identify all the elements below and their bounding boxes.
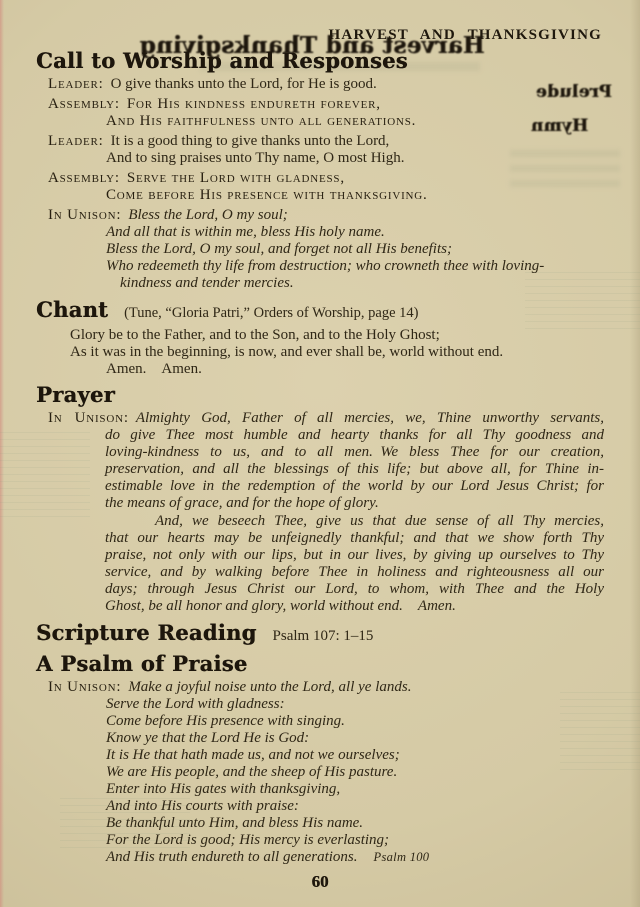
section-title-psalm-of-praise: A Psalm of Praise [36,653,604,675]
liturgy-line: Bless the Lord, O my soul, and forget no… [106,241,604,258]
psalm-line: Come before His presence with singing. [106,713,604,730]
prayer-paragraph-2: And, we beseech Thee, give us that due s… [105,513,604,615]
psalm-line: Enter into His gates with thanksgiving, [106,781,604,798]
prayer-line: And, we beseech Thee, give us that due s… [105,513,604,530]
chant-line: Glory be to the Father, and to the Son, … [70,327,604,344]
psalm-line: And His truth endureth to all generation… [106,849,604,866]
psalm-attribution: Psalm 100 [374,850,430,864]
psalm-line: We are His people, and the sheep of His … [106,764,604,781]
liturgy-text: Bless the Lord, O my soul; [128,207,287,223]
speaker-label: Assembly: [48,96,120,112]
prayer-line: preservation, and all the blessings of t… [105,461,604,478]
liturgy-line: Who redeemeth thy life from destruction;… [106,258,604,275]
liturgy-item-assembly-2: Assembly:Serve the Lord with gladness, C… [48,170,604,204]
liturgy-line: And to sing praises unto Thy name, O mos… [106,150,604,167]
liturgy-item-unison-1: In Unison:Bless the Lord, O my soul; And… [48,207,604,292]
prayer-line: do give Thee most humble and hearty than… [105,427,604,444]
speaker-label: Assembly: [48,170,120,186]
liturgy-text: For His kindness endureth forever, [127,96,381,112]
liturgy-item-leader-1: Leader:O give thanks unto the Lord, for … [48,76,604,93]
speaker-label: Leader: [48,76,104,92]
scripture-reading-row: Scripture ReadingPsalm 107: 1–15 [36,622,604,647]
psalm-line: Know ye that the Lord He is God: [106,730,604,747]
speaker-label: In Unison: [48,679,121,695]
prayer-line: In Unison:Almighty God, Father of all me… [105,410,604,427]
psalm-text: And His truth endureth to all generation… [106,849,358,865]
psalm-line: In Unison:Make a joyful noise unto the L… [48,679,604,696]
prayer-paragraph-1: In Unison:Almighty God, Father of all me… [105,410,604,512]
prayer-text: Almighty God, Father of all mercies, we,… [136,410,604,426]
prayer-line: days; through Jesus Christ our Lord, to … [105,581,604,598]
prayer-line: the means of grace, and for the hope of … [105,495,604,512]
liturgy-line: Assembly:Serve the Lord with gladness, [48,170,604,187]
prayer-line: estimable love in the redemption of the … [105,478,604,495]
liturgy-text: It is a good thing to give thanks unto t… [111,133,390,149]
liturgy-item-leader-2: Leader:It is a good thing to give thanks… [48,133,604,167]
prayer-line: service, and by walking before Thee in h… [105,564,604,581]
speaker-label: In Unison: [48,410,129,426]
psalm-line: And into His courts with praise: [106,798,604,815]
liturgy-line: kindness and tender mercies. [120,275,604,292]
psalm-line: Be thankful unto Him, and bless His name… [106,815,604,832]
liturgy-line: Leader:It is a good thing to give thanks… [48,133,604,150]
chant-heading-row: Chant(Tune, “Gloria Patri,” Orders of Wo… [36,299,604,324]
liturgy-item-assembly-1: Assembly:For His kindness endureth forev… [48,96,604,130]
liturgy-line: And His faithfulness unto all generation… [106,113,604,130]
section-title-call-to-worship: Call to Worship and Responses [36,50,604,72]
scripture-reference: Psalm 107: 1–15 [273,628,374,644]
liturgy-line: In Unison:Bless the Lord, O my soul; [48,207,604,224]
section-title-chant: Chant [36,297,108,322]
chant-text: Glory be to the Father, and to the Son, … [36,327,604,378]
liturgy-text: Serve the Lord with gladness, [127,170,345,186]
speaker-label: Leader: [48,133,104,149]
page-content: HARVEST AND THANKSGIVING Call to Worship… [0,0,640,892]
page-number: 60 [36,872,604,892]
section-title-prayer: Prayer [36,384,604,406]
chant-line: Amen. Amen. [106,361,604,378]
liturgy-line: Assembly:For His kindness endureth forev… [48,96,604,113]
liturgy-line: And all that is within me, bless His hol… [106,224,604,241]
psalm-unison-block: In Unison:Make a joyful noise unto the L… [48,679,604,866]
liturgy-line: Come before His presence with thanksgivi… [106,187,604,204]
prayer-line: praise, not only with our lips, but in o… [105,547,604,564]
prayer-line: Ghost, be all honor and glory, world wit… [105,598,604,615]
prayer-line: that our hearts may be unfeignedly thank… [105,530,604,547]
prayer-line: loving-kindness to us, and to all men. W… [105,444,604,461]
chant-line: As it was in the beginning, is now, and … [70,344,604,361]
psalm-line: For the Lord is good; His mercy is everl… [106,832,604,849]
liturgy-text: O give thanks unto the Lord, for He is g… [111,76,377,92]
running-header: HARVEST AND THANKSGIVING [36,26,602,44]
chant-tune-note: (Tune, “Gloria Patri,” Orders of Worship… [124,305,418,321]
psalm-line: It is He that hath made us, and not we o… [106,747,604,764]
hymnal-page: Harvest and Thanksgiving Prelude Hymn HA… [0,0,640,907]
section-title-scripture-reading: Scripture Reading [36,620,257,645]
liturgy-line: Leader:O give thanks unto the Lord, for … [48,76,604,93]
psalm-text: Make a joyful noise unto the Lord, all y… [128,679,411,695]
speaker-label: In Unison: [48,207,121,223]
psalm-line: Serve the Lord with gladness: [106,696,604,713]
